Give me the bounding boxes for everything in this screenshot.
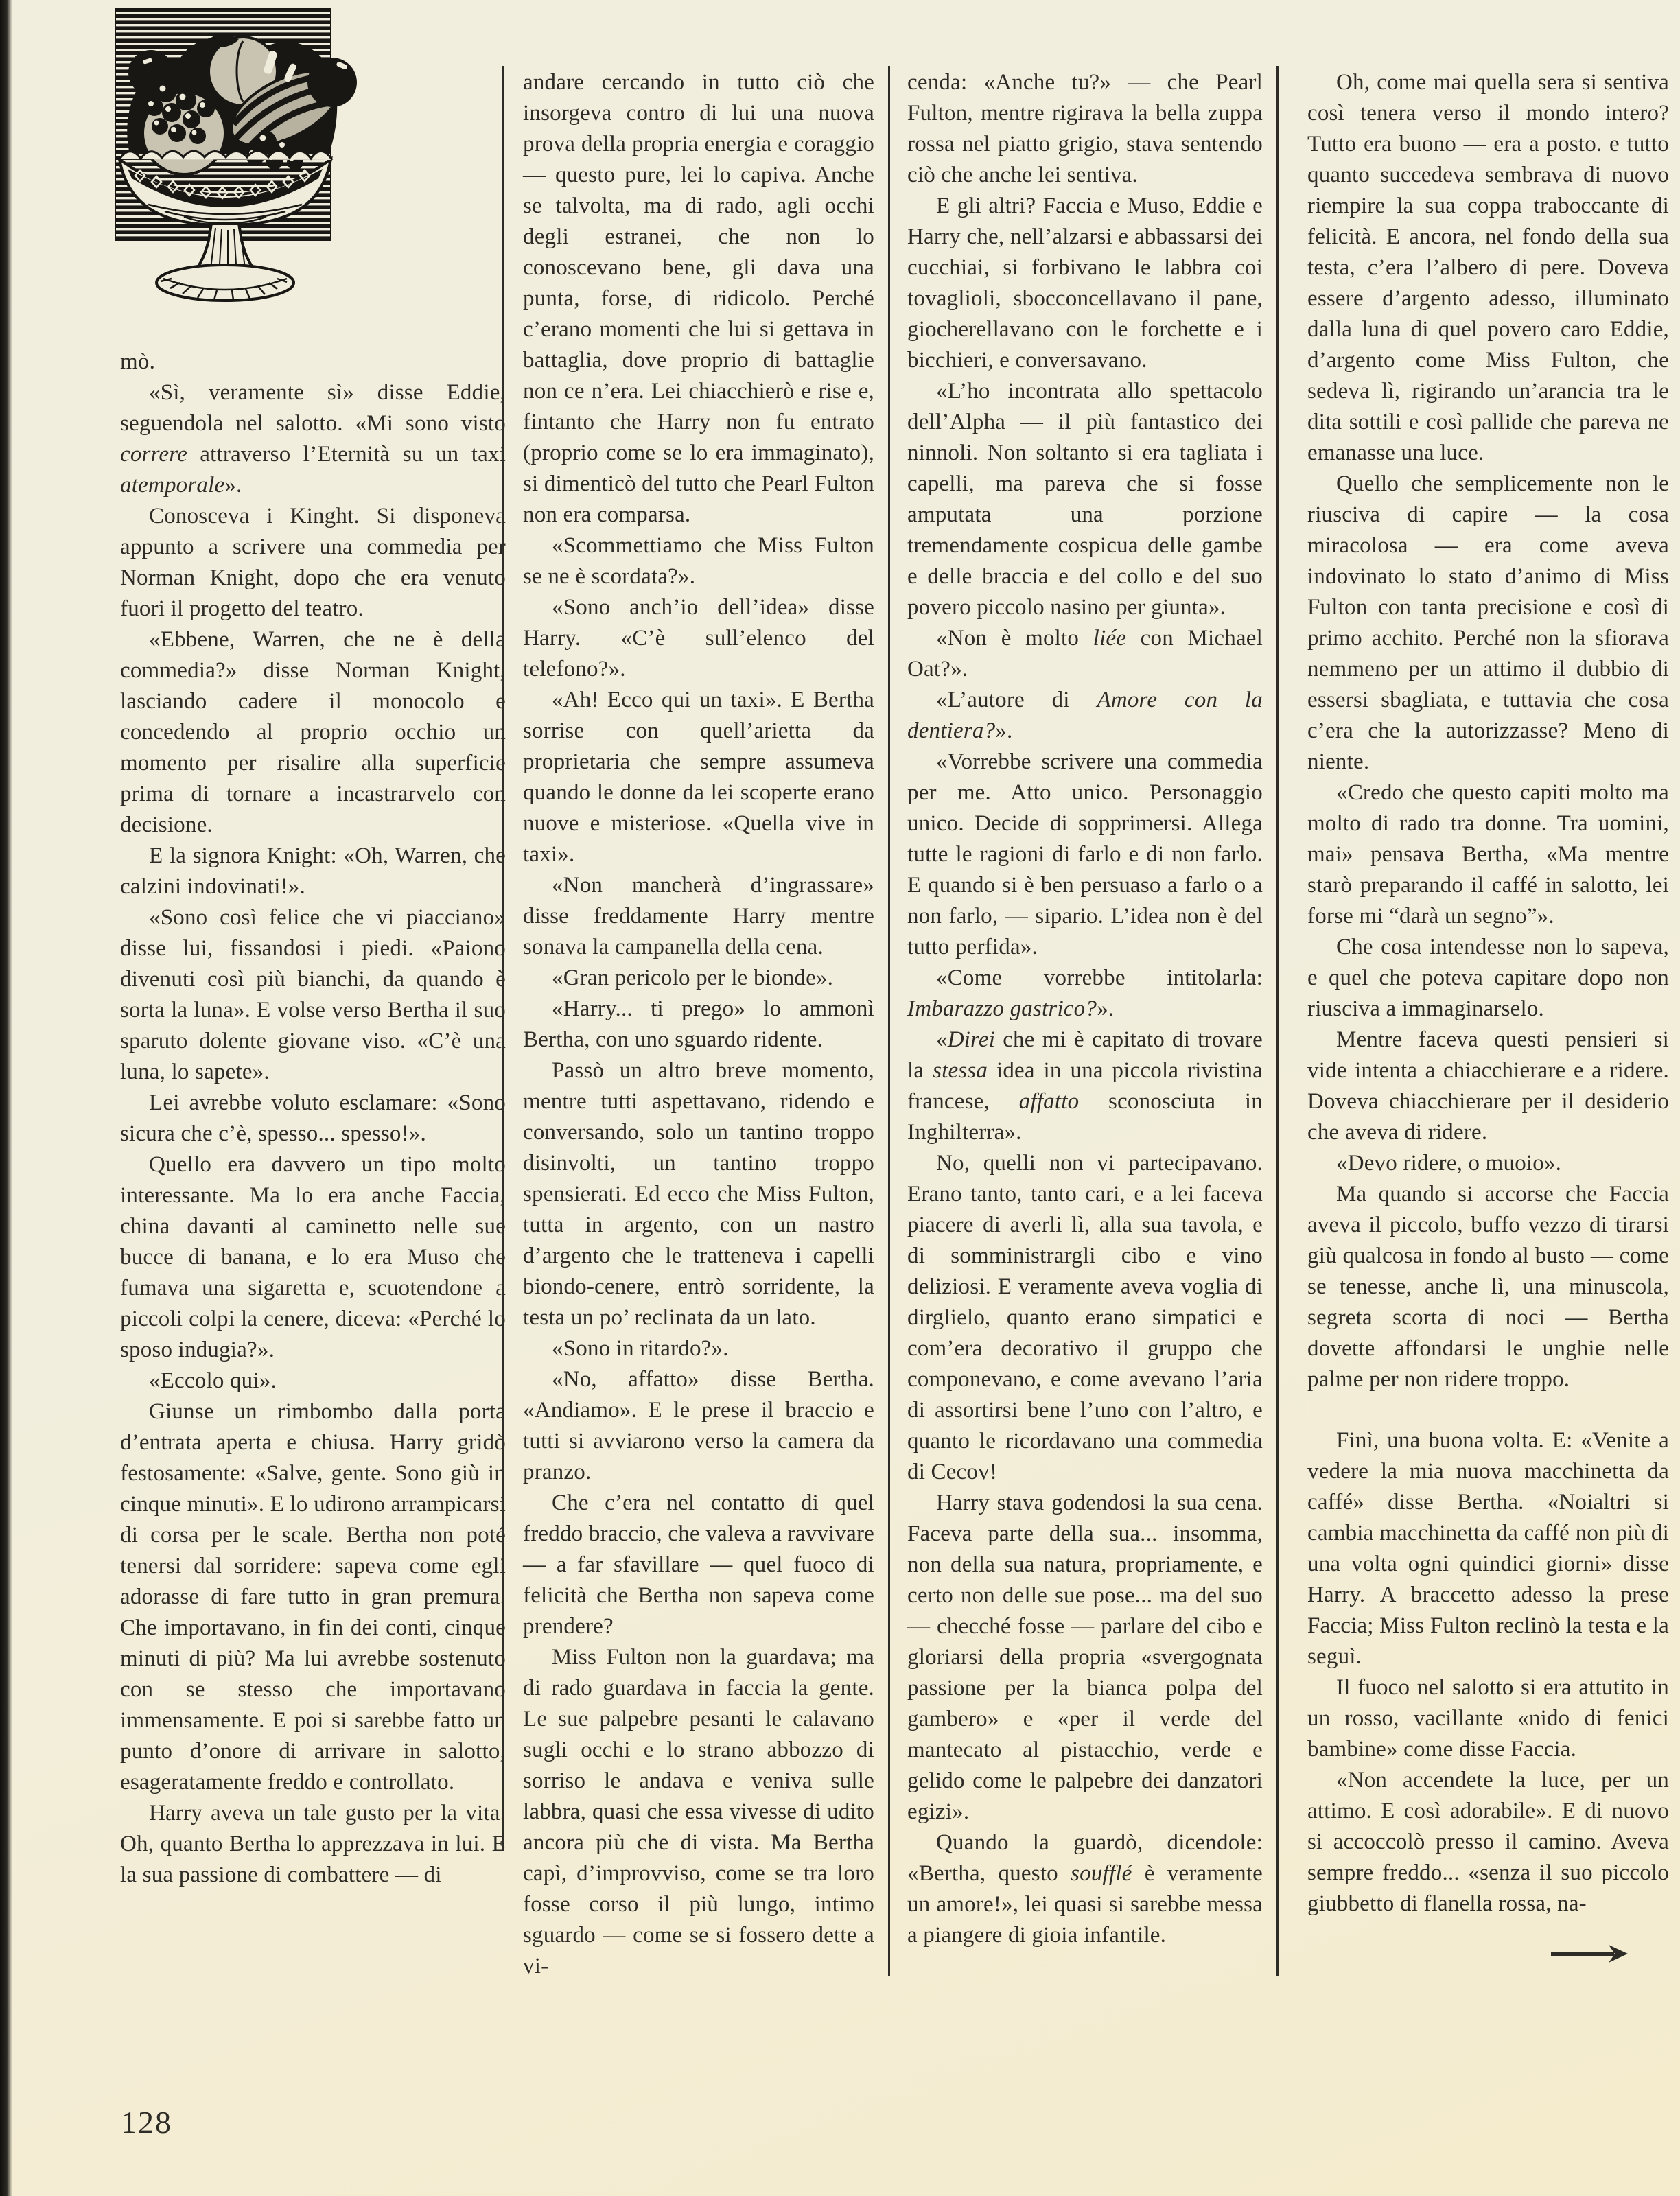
- paragraph: Harry aveva un tale gusto per la vita. O…: [120, 1798, 506, 1891]
- column-divider: [1276, 66, 1279, 1976]
- paragraph: Harry stava godendosi la sua cena. Facev…: [907, 1488, 1263, 1827]
- paragraph: E la signora Knight: «Oh, Warren, che ca…: [120, 841, 506, 902]
- magazine-page: { "page": { "number": "128", "colors": {…: [0, 0, 1680, 2196]
- paragraph: «No, affatto» disse Bertha. «Andiamo». E…: [523, 1364, 874, 1488]
- paragraph: Finì, una buona volta. E: «Venite a vede…: [1307, 1425, 1669, 1672]
- paragraph: «Sono così felice che vi piacciano» diss…: [120, 902, 506, 1088]
- continued-next-page-arrow-icon: [1548, 1942, 1631, 1965]
- paragraph: Miss Fulton non la guardava; ma di rado …: [523, 1642, 874, 1982]
- fruit-bowl-woodcut-icon: [63, 5, 417, 314]
- text-column-1: mò.«Sì, veramente sì» disse Eddie, segue…: [120, 347, 506, 1891]
- paragraph: «Non accendete la luce, per un attimo. E…: [1307, 1765, 1669, 1919]
- paragraph: «L’ho incontrata allo spettacolo dell’Al…: [907, 376, 1263, 623]
- paragraph: «Sono anch’io dell’idea» disse Harry. «C…: [523, 592, 874, 685]
- paragraph: Quello che semplicemente non le riusciva…: [1307, 469, 1669, 778]
- paragraph: E gli altri? Faccia e Muso, Eddie e Harr…: [907, 191, 1263, 376]
- paragraph: cenda: «Anche tu?» — che Pearl Fulton, m…: [907, 67, 1263, 191]
- paragraph: «Sono in ritardo?».: [523, 1333, 874, 1364]
- paragraph: Ma quando si accorse che Faccia aveva il…: [1307, 1179, 1669, 1395]
- paragraph: «Eccolo qui».: [120, 1366, 506, 1397]
- paragraph: «Harry... ti prego» lo ammonì Bertha, co…: [523, 994, 874, 1055]
- paragraph: Passò un altro breve momento, mentre tut…: [523, 1055, 874, 1333]
- column-divider: [888, 66, 890, 1976]
- paragraph: Quando la guardò, dicendole: «Bertha, qu…: [907, 1827, 1263, 1951]
- paragraph: «Ebbene, Warren, che ne è della commedia…: [120, 624, 506, 841]
- paragraph: Che cosa intendesse non lo sapeva, e que…: [1307, 932, 1669, 1025]
- paragraph: Mentre faceva questi pensieri si vide in…: [1307, 1025, 1669, 1148]
- paragraph: andare cercando in tutto ciò che insorge…: [523, 67, 874, 530]
- paragraph: «Sì, veramente sì» disse Eddie, seguendo…: [120, 377, 506, 501]
- paragraph: Conosceva i Kinght. Si disponeva appunto…: [120, 501, 506, 624]
- paragraph: Il fuoco nel salotto si era attutito in …: [1307, 1672, 1669, 1765]
- page-number: 128: [121, 2104, 172, 2140]
- paragraph: No, quelli non vi partecipavano. Erano t…: [907, 1148, 1263, 1488]
- paragraph: «Devo ridere, o muoio».: [1307, 1148, 1669, 1179]
- text-column-3: cenda: «Anche tu?» — che Pearl Fulton, m…: [907, 67, 1263, 1951]
- paragraph: «L’autore di Amore con la dentiera?».: [907, 685, 1263, 747]
- text-column-2: andare cercando in tutto ciò che insorge…: [523, 67, 874, 1982]
- paragraph: «Credo che questo capiti molto ma molto …: [1307, 778, 1669, 932]
- paragraph: «Vorrebbe scrivere una commedia per me. …: [907, 747, 1263, 963]
- continuation-arrow-row: [1307, 1937, 1669, 1968]
- paragraph: «Non mancherà d’ingrassare» disse fredda…: [523, 870, 874, 963]
- paragraph: mò.: [120, 347, 506, 377]
- paragraph: Giunse un rimbombo dalla porta d’entrata…: [120, 1397, 506, 1798]
- paragraph: «Non è molto liée con Michael Oat?».: [907, 623, 1263, 685]
- scan-edge: [0, 0, 12, 2196]
- paragraph: Lei avrebbe voluto esclamare: «Sono sicu…: [120, 1088, 506, 1149]
- paragraph: Oh, come mai quella sera si sentiva così…: [1307, 67, 1669, 469]
- paragraph: Che c’era nel contatto di quel freddo br…: [523, 1488, 874, 1642]
- paragraph: Quello era davvero un tipo molto interes…: [120, 1149, 506, 1366]
- paragraph: «Scommettiamo che Miss Fulton se ne è sc…: [523, 530, 874, 592]
- fruit-bowl-illustration: [63, 5, 417, 318]
- paragraph: «Direi che mi è capitato di trovare la s…: [907, 1025, 1263, 1148]
- text-column-4: Oh, come mai quella sera si sentiva così…: [1307, 67, 1669, 1968]
- paragraph: «Come vorrebbe intitolarla: Imbarazzo ga…: [907, 963, 1263, 1025]
- paragraph: «Ah! Ecco qui un taxi». E Bertha sorrise…: [523, 685, 874, 870]
- paragraph: «Gran pericolo per le bionde».: [523, 963, 874, 994]
